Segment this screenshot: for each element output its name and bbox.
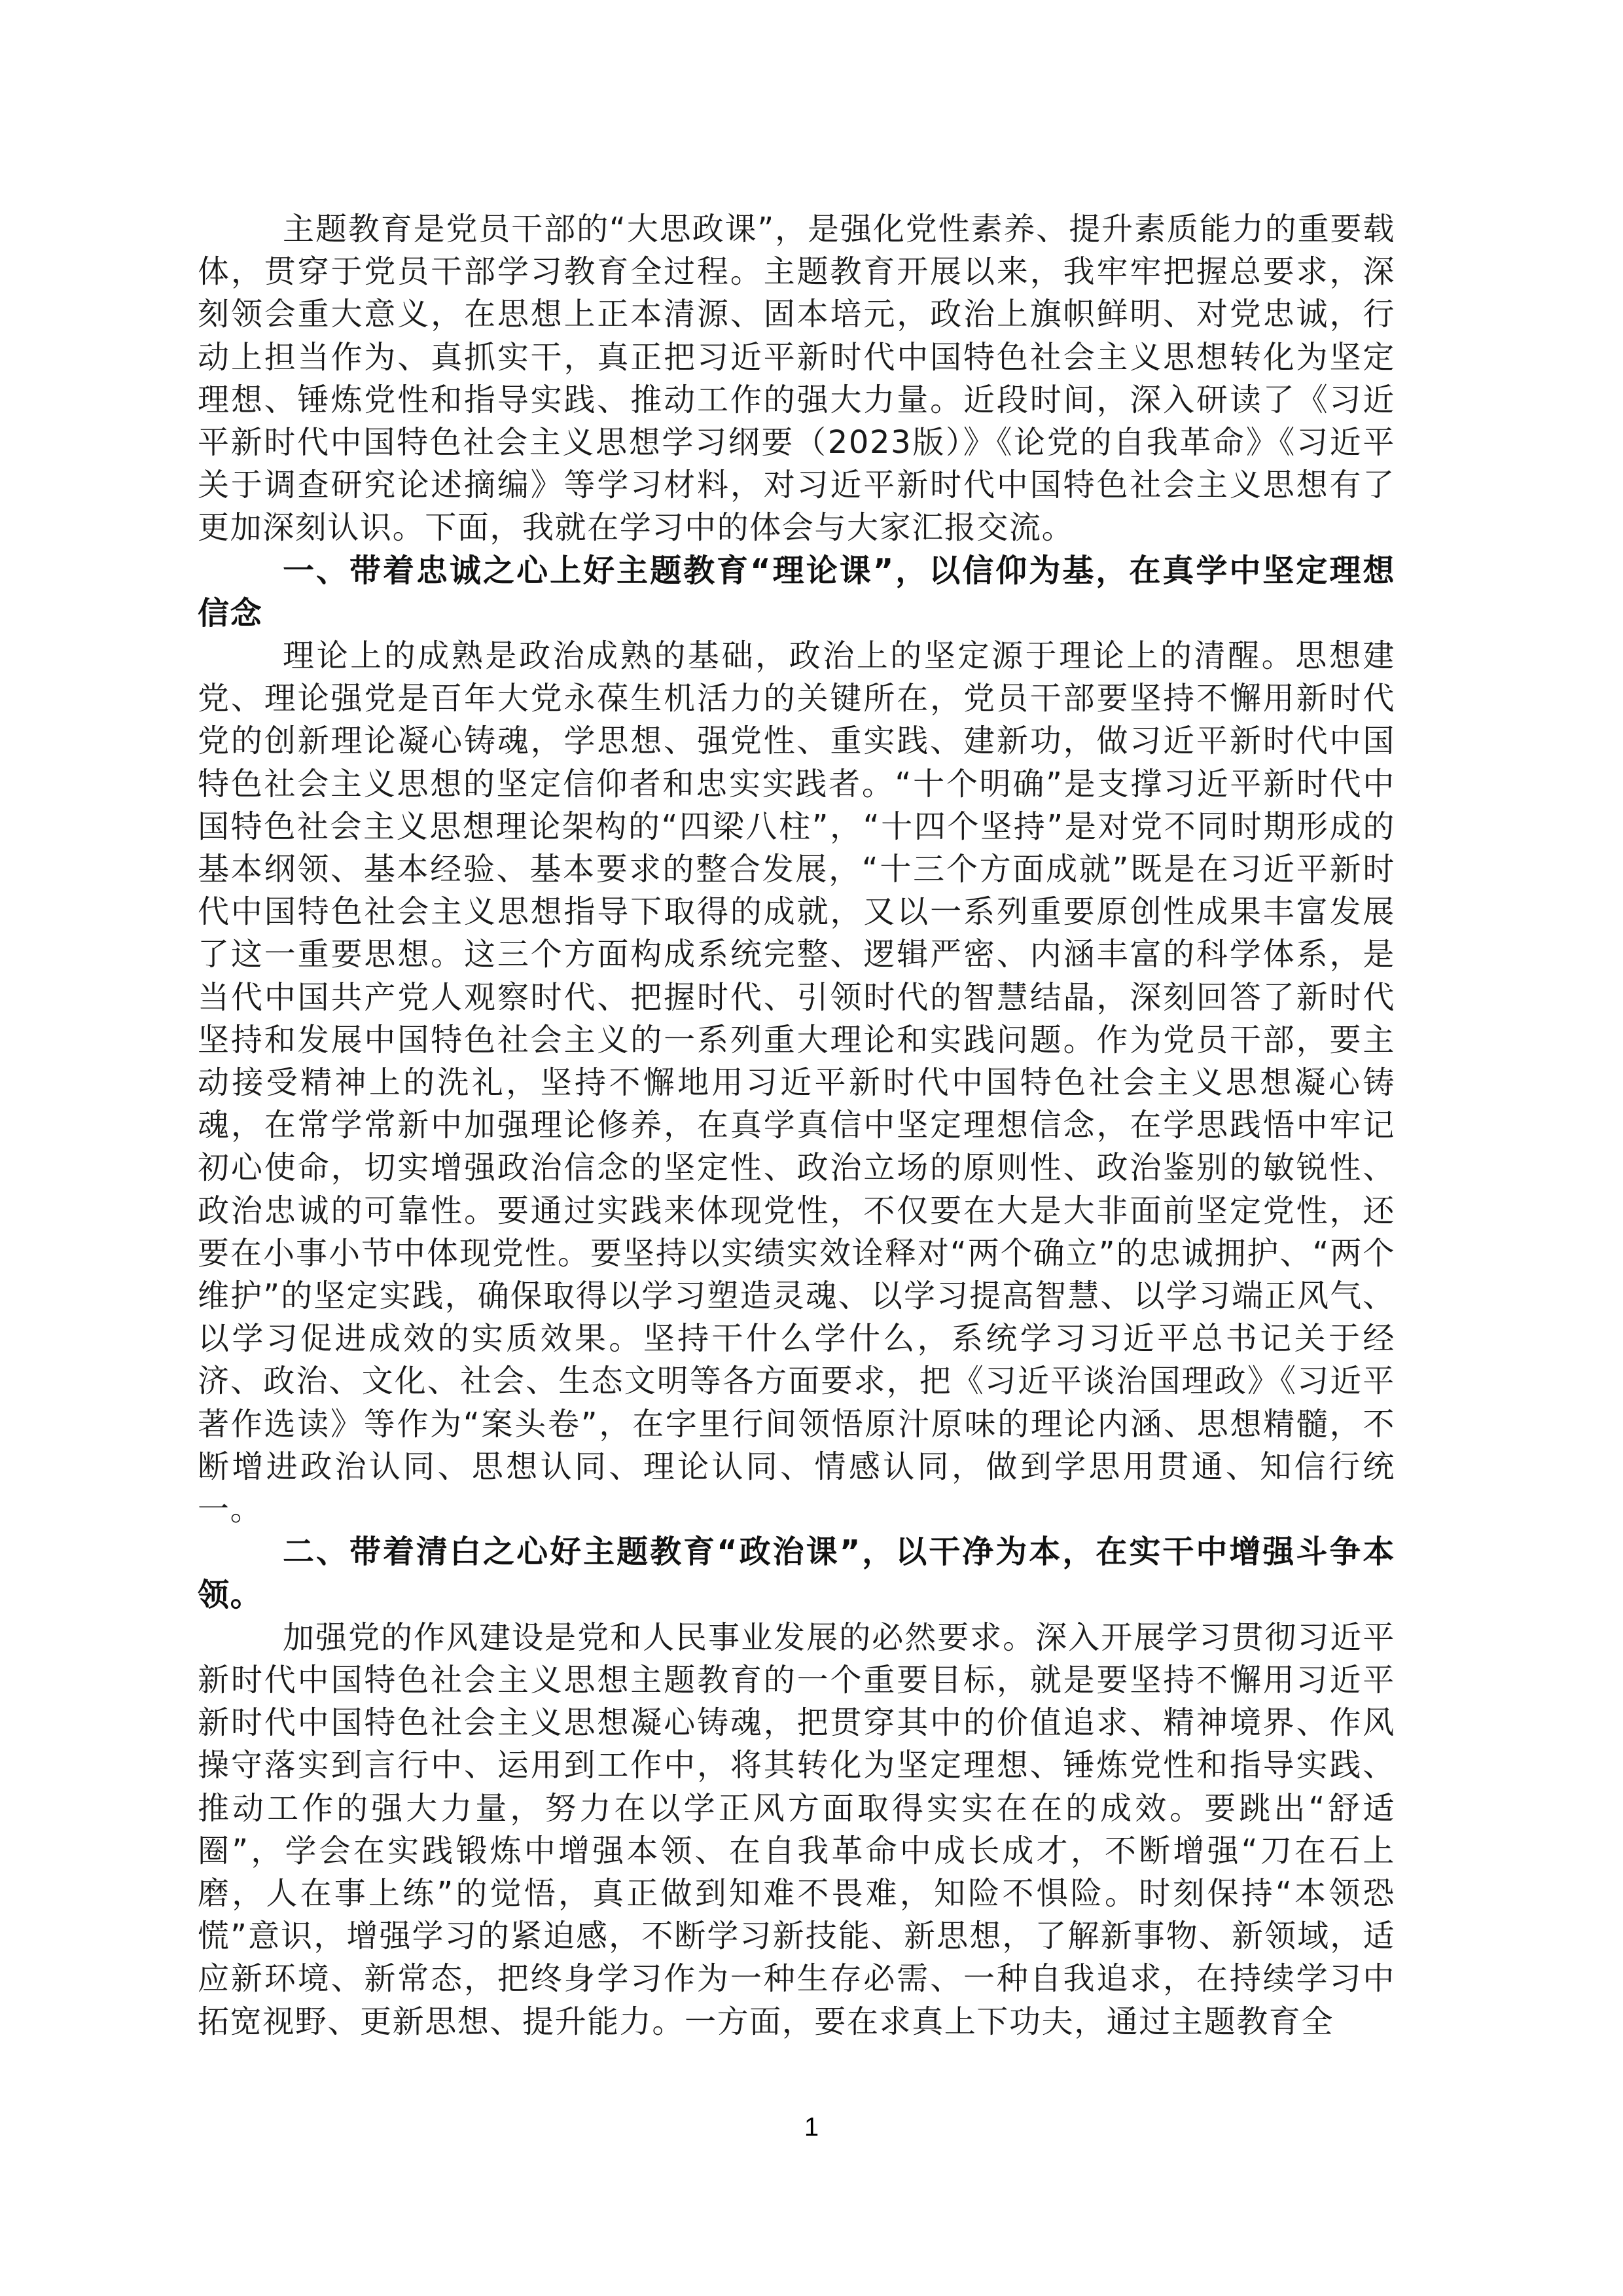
section-heading-1: 一、带着忠诚之心上好主题教育“理论课”，以信仰为基，在真学中坚定理想信念 bbox=[198, 550, 1395, 635]
intro-paragraph: 主题教育是党员干部的“大思政课”，是强化党性素养、提升素质能力的重要载体，贯穿于… bbox=[198, 208, 1395, 550]
page-number: 1 bbox=[0, 2113, 1623, 2142]
section-2-paragraph: 加强党的作风建设是党和人民事业发展的必然要求。深入开展学习贯彻习近平新时代中国特… bbox=[198, 1617, 1395, 2043]
section-1-paragraph: 理论上的成熟是政治成熟的基础，政治上的坚定源于理论上的清醒。思想建党、理论强党是… bbox=[198, 635, 1395, 1531]
document-page: 主题教育是党员干部的“大思政课”，是强化党性素养、提升素质能力的重要载体，贯穿于… bbox=[198, 208, 1395, 2043]
section-heading-2: 二、带着清白之心好主题教育“政治课”，以干净为本，在实干中增强斗争本领。 bbox=[198, 1531, 1395, 1616]
